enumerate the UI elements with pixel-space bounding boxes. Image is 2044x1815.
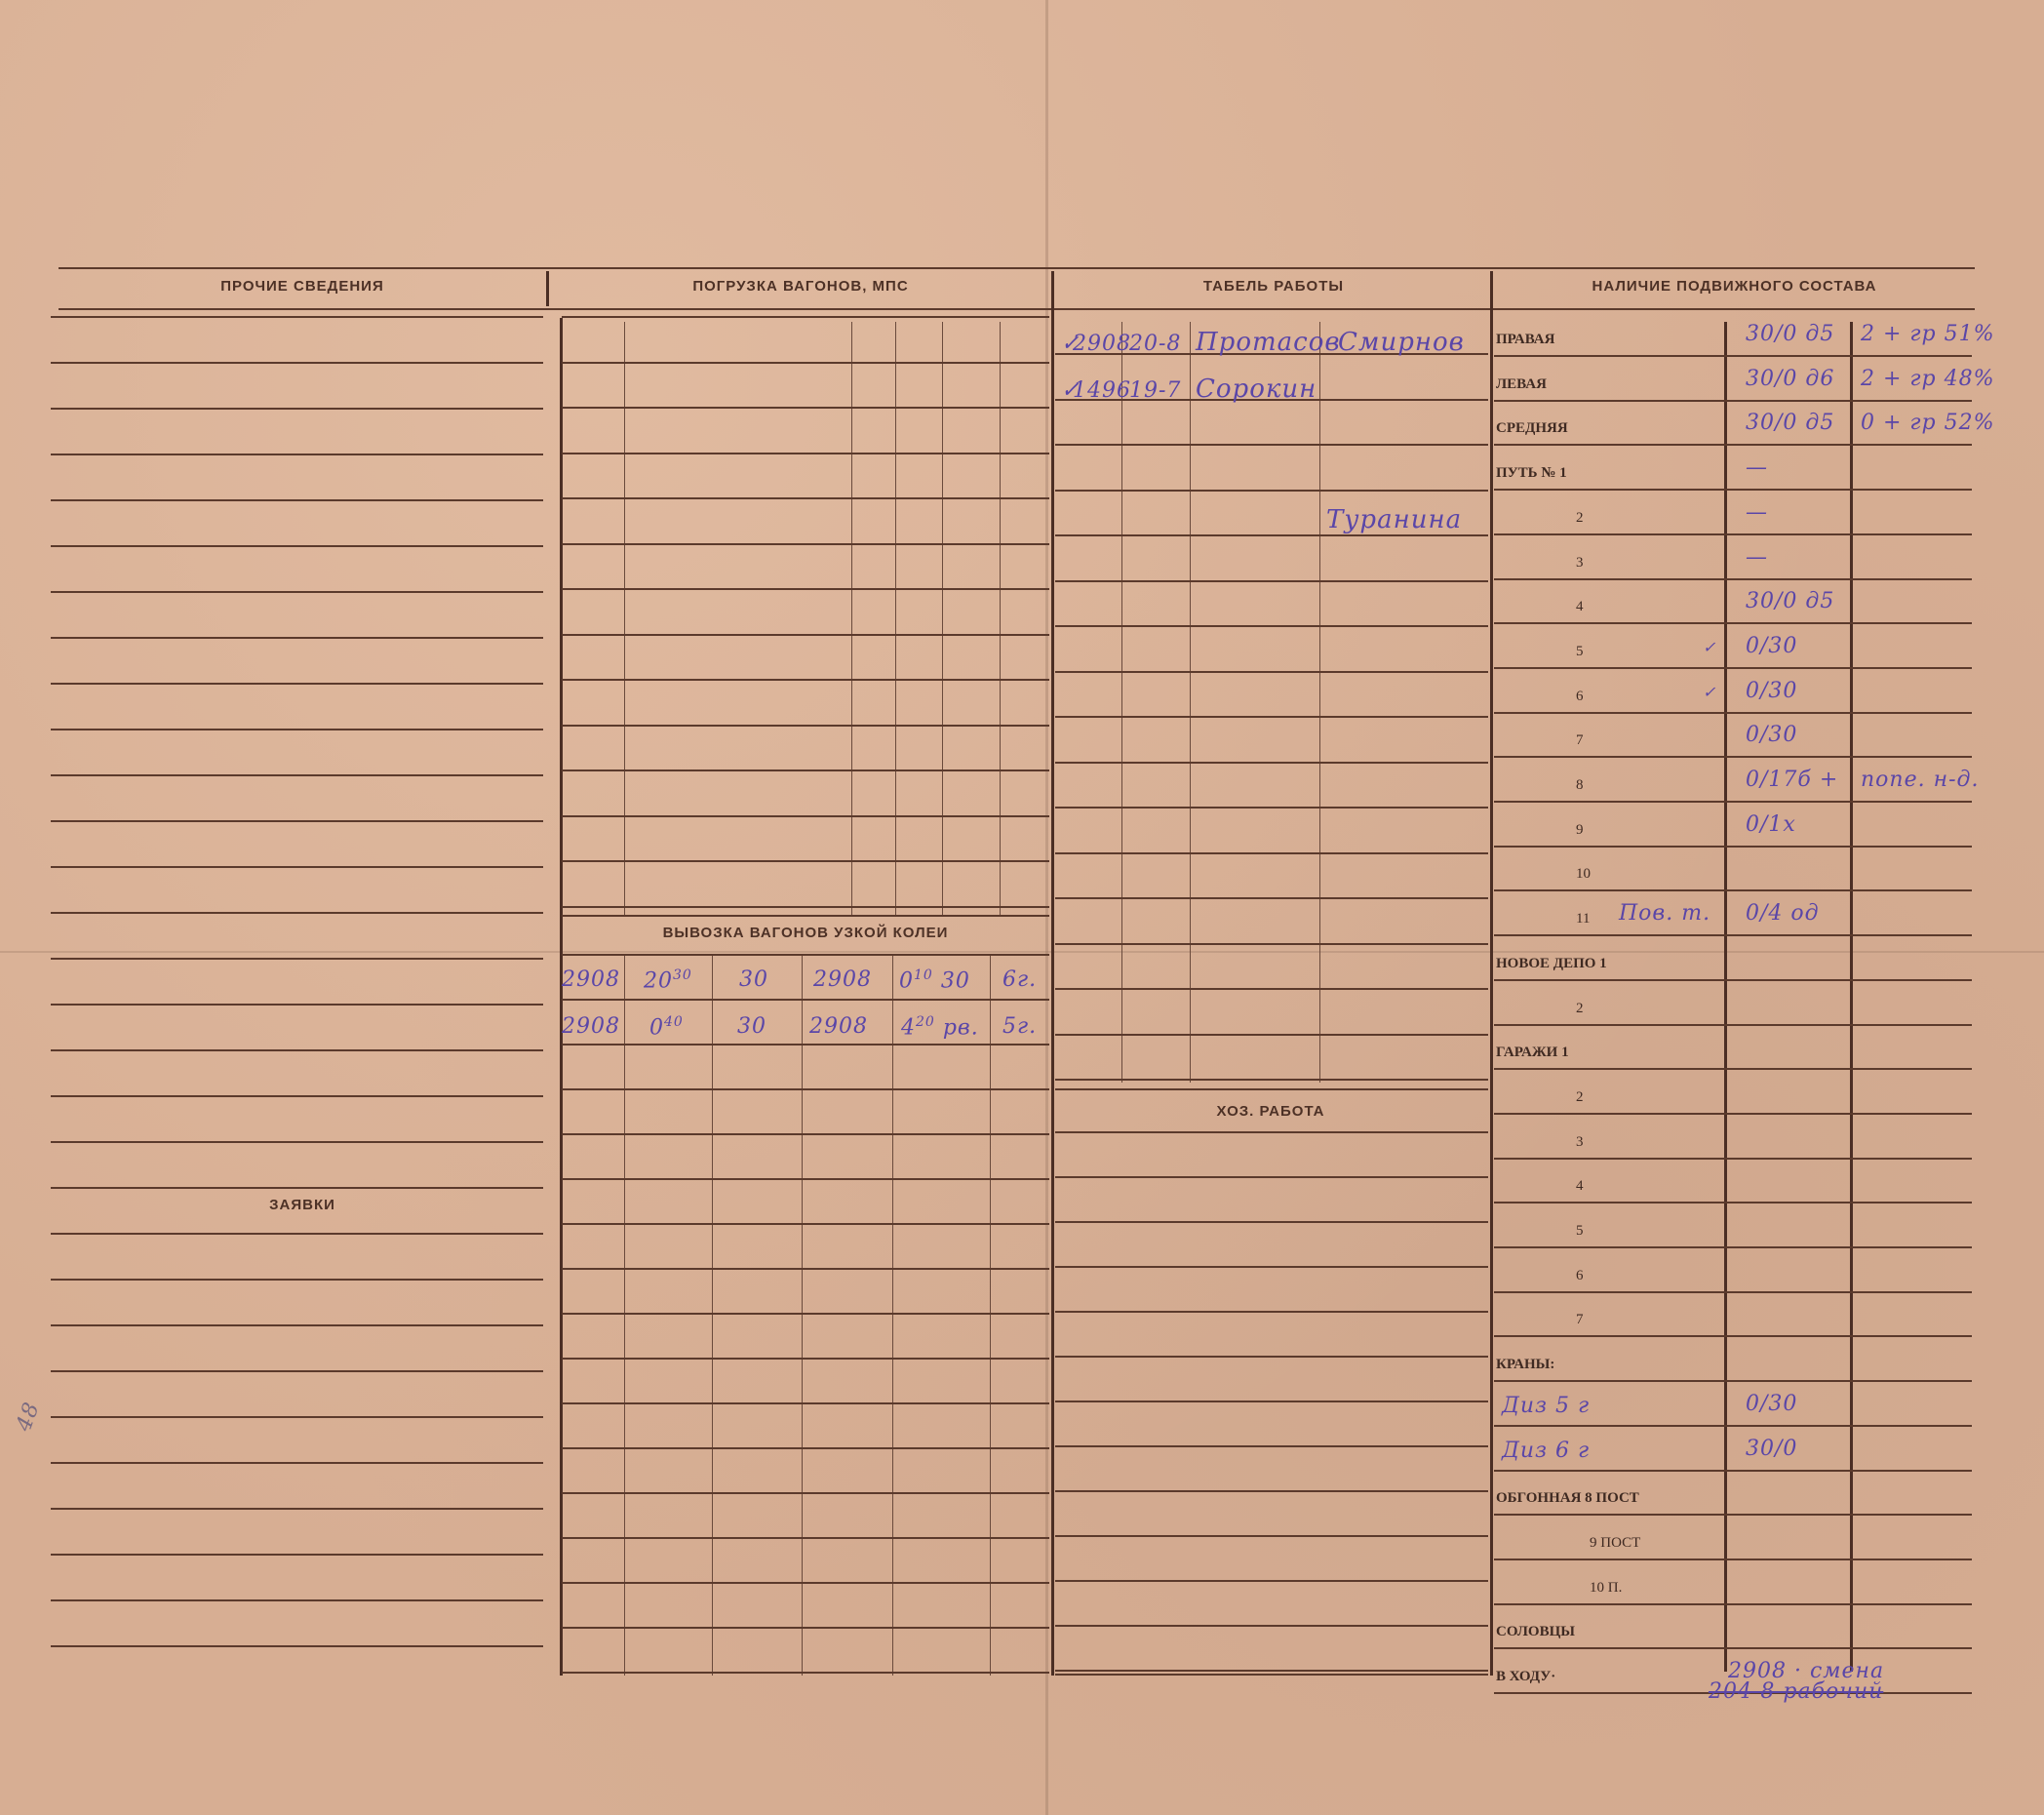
ng-cell: 30 [739,967,768,992]
row-line [51,1004,543,1006]
stock-row-note: попе. н-д. [1861,768,1979,792]
row-line [51,1095,543,1097]
row-line [51,1645,543,1647]
stock-row-note: 0 + гр 52% [1861,411,1995,435]
header-loading: ПОГРУЗКА ВАГОНОВ, МПС [548,267,1053,306]
stock-row-line [1494,889,1972,891]
row-line [51,1141,543,1143]
row-line [1055,1401,1488,1402]
stock-row-line [1494,1335,1972,1337]
row-line [51,545,543,547]
ng-cell: 2908 [813,967,872,992]
stock-row-label: 3 [1576,555,1584,572]
narrow-gauge-col [624,956,625,1676]
row-line [1055,580,1488,582]
ng-cell: 5г. [1002,1014,1037,1039]
stock-row-note: 2 + гр 51% [1861,322,1995,346]
stock-row-label: 7 [1576,732,1584,749]
row-line [51,1462,543,1464]
stock-row-line [1494,1024,1972,1026]
row-line [51,1324,543,1326]
stock-row-line [1494,846,1972,848]
row-line [562,407,1049,409]
ng-extra: рв. [943,1015,979,1040]
stock-row-label: 9 [1576,822,1584,839]
row-line [562,1627,1049,1629]
divider-1 [546,271,549,306]
stock-row-label: 5 [1576,1223,1584,1240]
ng-hour: 20 [644,968,673,993]
stock-row-value: 0/30 [1746,1392,1797,1416]
stock-row-label: Диз 5 г [1502,1394,1590,1418]
stock-row-label: 11 [1576,911,1590,927]
stock-row-value: — [1746,500,1768,525]
stock-row-label: ГАРАЖИ 1 [1496,1045,1569,1061]
timesheet-col [1190,322,1191,1083]
row-line [51,1554,543,1556]
stock-row-line [1494,1246,1972,1248]
ng-cell: 2908 [562,967,620,992]
stock-row-line [1494,756,1972,758]
row-line [562,860,1049,862]
stock-row-line [1494,1603,1972,1605]
row-line [562,1133,1049,1135]
timesheet-name2: Туранина [1326,505,1462,534]
stock-row-value: — [1746,545,1768,570]
row-line [51,408,543,410]
row-line [562,1178,1049,1180]
row-line [51,683,543,685]
row-line [1055,1535,1488,1537]
row-line [562,999,1049,1001]
row-line [562,1402,1049,1404]
ng-cell: 420 рв. [901,1014,979,1040]
stock-row-value: 0/30 [1746,723,1797,747]
stock-row-label: 4 [1576,1178,1584,1195]
stock-row-label: ЛЕВАЯ [1496,376,1547,393]
row-line [51,1370,543,1372]
header-narrow-gauge: ВЫВОЗКА ВАГОНОВ УЗКОЙ КОЛЕИ [562,917,1049,950]
loading-col [942,322,943,915]
stock-row-label: 6 [1576,689,1584,705]
row-line [562,1313,1049,1315]
stock-row-line [1494,489,1972,491]
stock-row-label: СОЛОВЦЫ [1496,1624,1575,1640]
row-line [562,497,1049,499]
stock-row-value: 0/30 [1746,679,1797,703]
header-household: ХОЗ. РАБОТА [1053,1094,1488,1129]
header-timesheet: ТАБЕЛЬ РАБОТЫ [1055,267,1492,306]
row-line [1055,943,1488,945]
stock-row-line [1494,1113,1972,1115]
row-line [51,316,543,318]
row-line [1055,852,1488,854]
timesheet-time: 19-7 [1129,378,1181,403]
stock-row-value: 30/0 д5 [1746,411,1834,435]
row-line [562,1537,1049,1539]
row-line [51,1279,543,1281]
row-line [1055,897,1488,899]
row-line [562,725,1049,727]
check-mark: ✓ [1703,683,1716,701]
row-line [562,815,1049,817]
ng-cell: 2030 [644,967,692,993]
divider-1-body [560,318,563,1676]
timesheet-time: 20-8 [1129,332,1181,356]
stock-row-value: 0/17б + [1746,768,1838,792]
row-line [562,1492,1049,1494]
row-line [51,1416,543,1418]
header-bottom-rule [59,308,1975,310]
ng-hour: 4 [901,1015,916,1040]
row-line [51,774,543,776]
stock-row-value: 30/0 д6 [1746,367,1834,391]
row-line [1055,716,1488,718]
check-mark: ✓ [1703,638,1716,656]
row-line [562,543,1049,545]
row-line [51,1508,543,1510]
stock-row-line [1494,1470,1972,1472]
timesheet-name1: Сорокин [1196,375,1317,404]
stock-row-line [1494,712,1972,714]
timesheet-col [1121,322,1122,1083]
row-line [1055,1670,1488,1672]
stock-row-annotation: Пов. т. [1619,901,1710,926]
stock-row-label: 2 [1576,510,1584,527]
stock-row-line [1494,1380,1972,1382]
row-line [562,634,1049,636]
stock-row-value: 30/0 д5 [1746,322,1834,346]
row-line [1055,444,1488,446]
stock-row-line [1494,1425,1972,1427]
narrow-gauge-col [892,956,893,1676]
row-line [51,1049,543,1051]
ng-hour: 0 [899,968,914,993]
ng-minute: 30 [673,967,692,983]
ng-cell: 2908 [562,1014,620,1039]
stock-row-line [1494,1647,1972,1649]
timesheet-name2: Смирнов [1338,328,1465,357]
row-line [1055,625,1488,627]
row-line [562,1672,1049,1674]
stock-row-label: Диз 6 г [1502,1439,1590,1463]
row-line [562,362,1049,364]
stock-row-value: — [1746,455,1768,480]
stock-row-label: НОВОЕ ДЕПО 1 [1496,956,1607,972]
stock-row-label: КРАНЫ: [1496,1357,1554,1373]
header-rolling-stock: НАЛИЧИЕ ПОДВИЖНОГО СОСТАВА [1494,267,1975,306]
stock-row-value: 0/4 од [1746,901,1820,926]
stock-row-label: 4 [1576,599,1584,615]
paper-fold-horizontal [0,951,2044,953]
ng-cell: 2908 [809,1014,868,1039]
stock-row-label: 7 [1576,1312,1584,1328]
stock-row-line [1494,578,1972,580]
stock-row-label: 10 [1576,866,1591,883]
ng-cell: 6г. [1002,967,1037,992]
row-line [51,362,543,364]
timesheet-num: 1496 [1073,378,1131,403]
row-line [1055,1625,1488,1627]
stock-row-label: 8 [1576,777,1584,794]
stock-row-label: ПУТЬ № 1 [1496,465,1567,482]
narrow-gauge-col [990,956,991,1676]
stock-row-line [1494,400,1972,402]
row-line [562,316,1049,318]
divider-3 [1490,271,1493,1676]
stock-row-label: 9 ПОСТ [1590,1535,1640,1552]
stock-row-label: 2 [1576,1089,1584,1106]
stock-row-line [1494,667,1972,669]
stock-row-line [1494,533,1972,535]
row-line [1055,1131,1488,1133]
stock-row-line [1494,801,1972,803]
row-line [51,958,543,960]
header-other-info: ПРОЧИЕ СВЕДЕНИЯ [59,267,546,306]
ng-extra: 30 [941,968,970,993]
row-line [1055,1356,1488,1358]
ng-minute: 40 [664,1014,684,1030]
row-line [1055,988,1488,990]
loading-col [624,322,625,915]
timesheet-name1: Протасов [1196,328,1340,357]
row-line [51,912,543,914]
stock-row-line [1494,934,1972,936]
narrow-gauge-col [712,956,713,1676]
row-line [1055,762,1488,764]
row-line [1055,1034,1488,1036]
row-line [562,1582,1049,1584]
timesheet-num: 2908 [1073,332,1131,356]
row-line [562,453,1049,454]
row-line [562,1223,1049,1225]
row-line [562,588,1049,590]
row-line [1055,671,1488,673]
stock-row-label: 3 [1576,1134,1584,1151]
stock-row-label: ОБГОННАЯ 8 ПОСТ [1496,1490,1639,1507]
stock-row-note: 2 + гр 48% [1861,367,1995,391]
stock-row-label: 5 [1576,644,1584,660]
row-line [51,729,543,730]
stock-row-line [1494,355,1972,357]
row-line [1055,1221,1488,1223]
row-line [562,1268,1049,1270]
stock-row-line [1494,1559,1972,1560]
stock-row-value: 30/0 [1746,1437,1797,1461]
stock-row-line [1494,444,1972,446]
stock-row-label: 10 П. [1590,1580,1622,1597]
divider-2 [1051,271,1054,1676]
ng-cell: 040 [649,1014,684,1040]
stock-row-line [1494,1158,1972,1160]
row-line [51,454,543,455]
row-line [1055,1674,1488,1676]
row-line [1055,1445,1488,1447]
narrow-gauge-col [802,956,803,1676]
footer-strikethrough-note: 204-8 рабочий [1709,1679,1883,1704]
stock-row-label: В ХОДУ· [1496,1669,1555,1685]
stock-row-label: ПРАВАЯ [1496,332,1554,348]
row-line [51,1599,543,1601]
ng-cell: 30 [737,1014,766,1039]
row-line [1055,534,1488,536]
row-line [562,1447,1049,1449]
stock-row-label: 6 [1576,1268,1584,1284]
row-line [562,1044,1049,1046]
ng-cell: 010 30 [899,967,970,993]
header-requests: ЗАЯВКИ [59,1188,546,1223]
row-line [562,906,1049,908]
row-line [51,866,543,868]
stock-row-line [1494,1202,1972,1203]
row-line [1055,1311,1488,1313]
ng-hour: 0 [649,1015,664,1040]
row-line [51,499,543,501]
stock-row-line [1494,979,1972,981]
loading-col [851,322,852,915]
row-line [1055,490,1488,492]
row-line [1055,807,1488,809]
row-line [51,820,543,822]
row-line [51,1233,543,1235]
ng-minute: 10 [914,967,933,983]
loading-col [895,322,896,915]
row-line [1055,1490,1488,1492]
stock-row-line [1494,1514,1972,1516]
row-line [1055,1580,1488,1582]
timesheet-col [1319,322,1320,1083]
row-line [562,1358,1049,1360]
stock-row-line [1494,622,1972,624]
margin-note: 48 [12,1399,45,1435]
row-line [562,769,1049,771]
stock-row-line [1494,1068,1972,1070]
row-line [51,637,543,639]
row-line [1055,1079,1488,1081]
row-line [562,679,1049,681]
stock-row-label: СРЕДНЯЯ [1496,420,1568,437]
loading-col [1000,322,1001,915]
row-line [562,954,1049,956]
stock-row-value: 0/30 [1746,634,1797,658]
stock-row-label: 2 [1576,1001,1584,1017]
row-line [1055,1176,1488,1178]
row-line [562,1088,1049,1090]
stock-row-line [1494,1291,1972,1293]
stock-row-value: 30/0 д5 [1746,589,1834,613]
row-line [1055,1088,1488,1090]
row-line [51,591,543,593]
row-line [1055,1266,1488,1268]
stock-row-value: 0/1х [1746,812,1796,837]
ng-minute: 20 [916,1014,935,1030]
